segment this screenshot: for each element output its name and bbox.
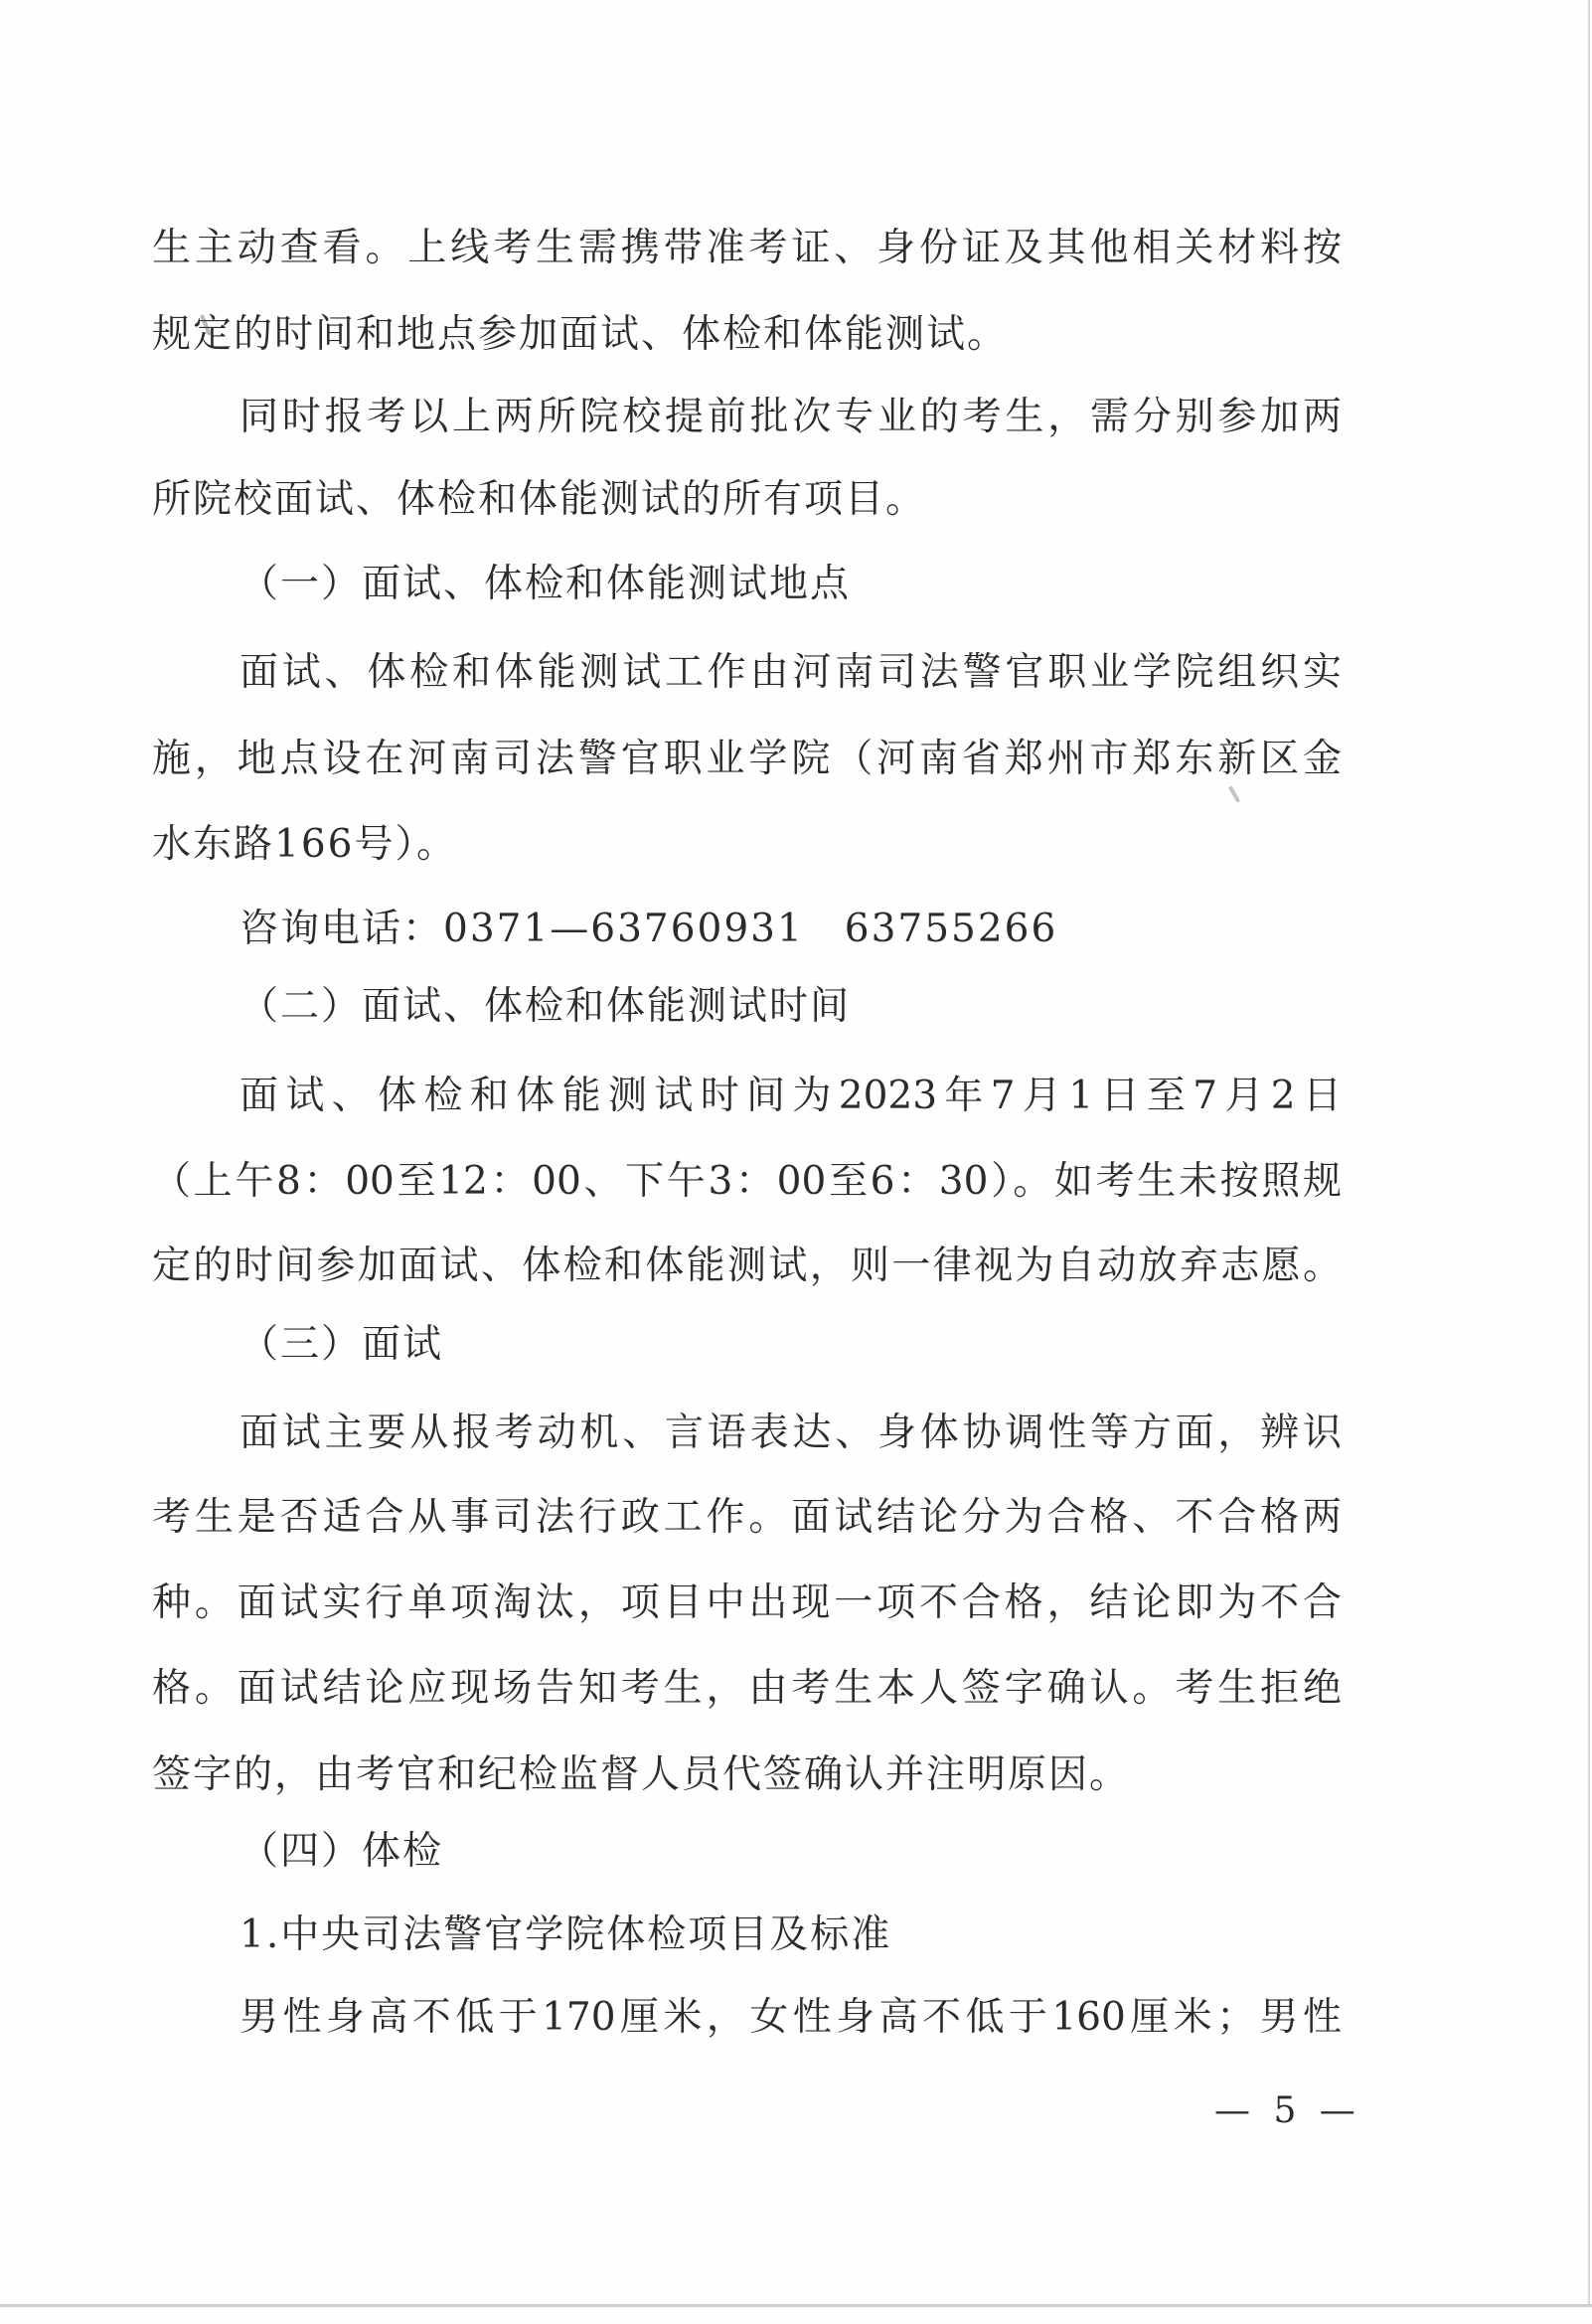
document-page: 生主动查看。上线考生需携带准考证、身份证及其他相关材料按 规定的时间和地点参加面… [0, 0, 1592, 2324]
body-line: 施，地点设在河南司法警官职业学院（河南省郑州市郑东新区金 [152, 737, 1342, 782]
body-line: 规定的时间和地点参加面试、体检和体能测试。 [152, 312, 1342, 358]
body-line: 格。面试结论应现场告知考生，由考生本人签字确认。考生拒绝 [152, 1666, 1342, 1712]
body-line: 定的时间参加面试、体检和体能测试，则一律视为自动放弃志愿。 [152, 1244, 1342, 1289]
scan-speck [1228, 785, 1240, 803]
body-line: 男性身高不低于170厘米，女性身高不低于160厘米；男性 [239, 1995, 1342, 2041]
body-line: （上午8：00至12：00、下午3：00至6：30）。如考生未按照规 [152, 1159, 1342, 1205]
section-heading-interview: （三）面试 [239, 1322, 1429, 1368]
body-line: 所院校面试、体检和体能测试的所有项目。 [152, 477, 1342, 523]
body-line: 面试、体检和体能测试工作由河南司法警官职业学院组织实 [239, 650, 1342, 696]
body-line: 种。面试实行单项淘汰，项目中出现一项不合格，结论即为不合 [152, 1580, 1342, 1626]
scan-edge-right [1588, 0, 1590, 2306]
scan-edge-bottom [0, 2304, 1592, 2307]
body-line: 考生是否适合从事司法行政工作。面试结论分为合格、不合格两 [152, 1495, 1342, 1541]
body-line: 生主动查看。上线考生需携带准考证、身份证及其他相关材料按 [152, 226, 1342, 271]
body-line: 水东路166号）。 [152, 822, 1342, 868]
section-heading-time: （二）面试、体检和体能测试时间 [239, 984, 1429, 1030]
section-heading-location: （一）面试、体检和体能测试地点 [239, 562, 1429, 607]
body-line: 同时报考以上两所院校提前批次专业的考生，需分别参加两 [239, 395, 1342, 440]
page-number: — 5 — [1214, 2089, 1353, 2133]
body-line: 面试、体检和体能测试时间为2023年7月1日至7月2日 [239, 1074, 1342, 1119]
section-heading-physical-exam: （四）体检 [239, 1829, 1429, 1875]
contact-phone-line: 咨询电话：0371—63760931 63755266 [239, 907, 1342, 952]
body-line: 签字的，由考官和纪检监督人员代签确认并注明原因。 [152, 1752, 1342, 1798]
body-line: 面试主要从报考动机、言语表达、身体协调性等方面，辨识 [239, 1411, 1342, 1456]
subsection-heading: 1.中央司法警官学院体检项目及标准 [239, 1912, 1342, 1958]
